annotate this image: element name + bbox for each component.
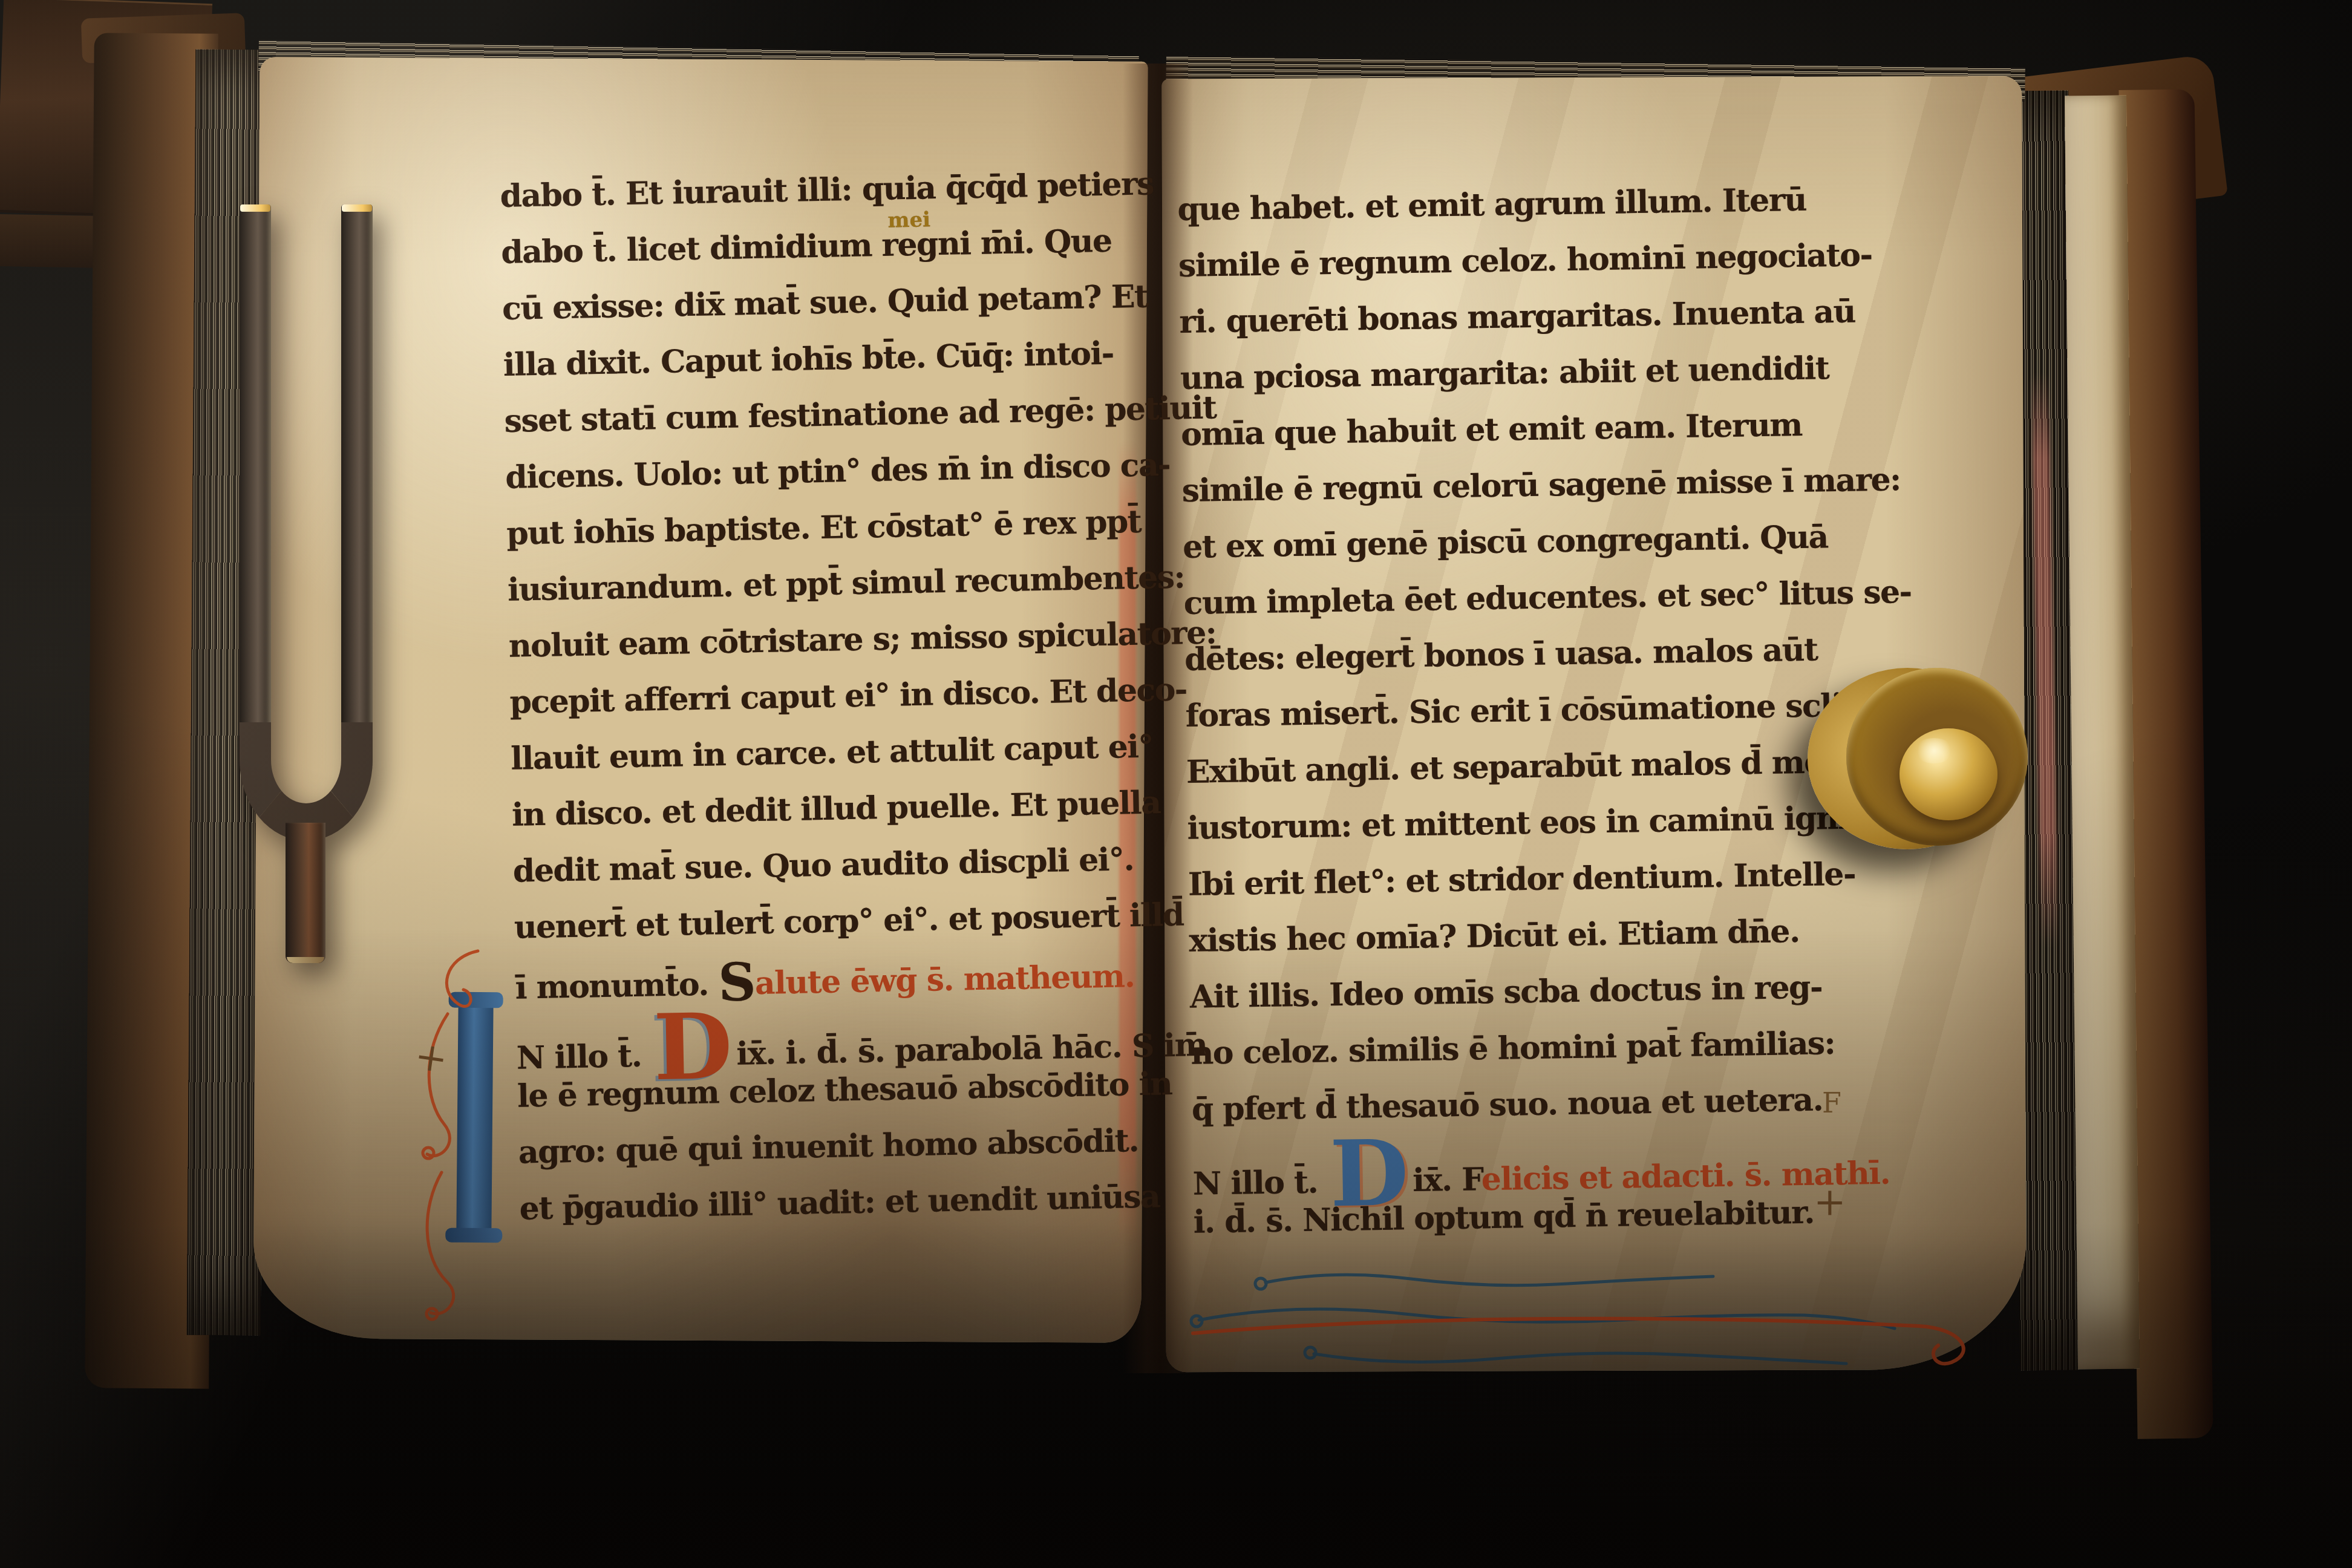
margin-cross-left: + [412,1034,450,1083]
text-line-body: N illo t̄. [1192,1163,1328,1202]
text-line: ri. querēti bonas margaritas. Inuenta aū [1179,293,1821,360]
text-line: simile ē regnum celoz. hominī negociato- [1178,237,1820,304]
right-page-text-column: que habet. et emit agrum illum. Iterū si… [1177,181,1835,1259]
text-line: que habet. et emit agrum illum. Iterū [1177,181,1819,247]
tuning-fork-stem [286,823,325,963]
text-line: una pciosa margarita: abiit et uendidit [1180,350,1821,416]
text-line: foras misert̄. Sic erit ī cōsūmatione sc… [1185,687,1827,754]
text-line-body: N illo t̄. [516,1037,652,1076]
text-line: no celoz. similis ē homini pat̄ familias… [1191,1025,1832,1091]
red-penwork-filigree [404,941,507,1334]
tuning-fork-prong-left [240,204,271,766]
rubric-red-text: alute ēwḡ s̄. matheum. [754,958,1134,1002]
interlinear-correction: mei [887,207,930,232]
tuning-fork [240,204,373,967]
brass-weight-knob [1900,728,1998,820]
text-line: cum impleta ēet educentes. et sec° litus… [1183,575,1825,641]
text-line: i. d̄. s̄. Nichil optum qd̄ n̄ reuelabit… [1193,1194,1835,1260]
text-line: omīa que habuit et emit eam. Iterum [1181,406,1823,472]
quire-mark: F [1822,1086,1841,1119]
text-line: xistis hec omīa? Dicūt ei. Etiam dn̄e. [1189,912,1831,979]
text-line: Exibūt angli. et separabūt malos d̄ medi… [1186,743,1828,810]
manuscript-photo-scene: dabo t̄. Et iurauit illi: quia q̄cq̄d pe… [0,0,2352,1568]
text-line: dētes: elegert̄ bonos ī uasa. malos aūt [1184,631,1826,697]
decorated-initial-d: D [1330,1157,1408,1190]
left-page-text-column: dabo t̄. Et iurauit illi: quia q̄cq̄d pe… [500,165,1174,1246]
brass-weight [1808,657,2033,859]
text-line-rubric: N illo t̄. Dix̄. Felicis et adacti. s̄. … [1192,1137,1834,1204]
pen-flourish-line-filler [1175,1262,2010,1383]
text-line: Ait illis. Ideo omīs scba doctus in reg- [1189,969,1831,1035]
text-line: et ex omī genē piscū congreganti. Quā [1183,518,1824,585]
text-line: q̄ pfert d̄ thesauō suo. noua et uetera. [1191,1081,1833,1148]
decorated-initial-d: D [653,1031,732,1063]
text-line-body: ix̄. F [1413,1161,1481,1199]
text-line: iustorum: et mittent eos in caminū ignis… [1187,800,1829,866]
margin-cross-right: + [1814,1180,1846,1224]
tuning-fork-prong-right [341,204,373,766]
text-line: Ibi erit flet°: et stridor dentium. Inte… [1188,856,1830,923]
text-line: simile ē regnū celorū sagenē misse ī mar… [1181,462,1823,529]
